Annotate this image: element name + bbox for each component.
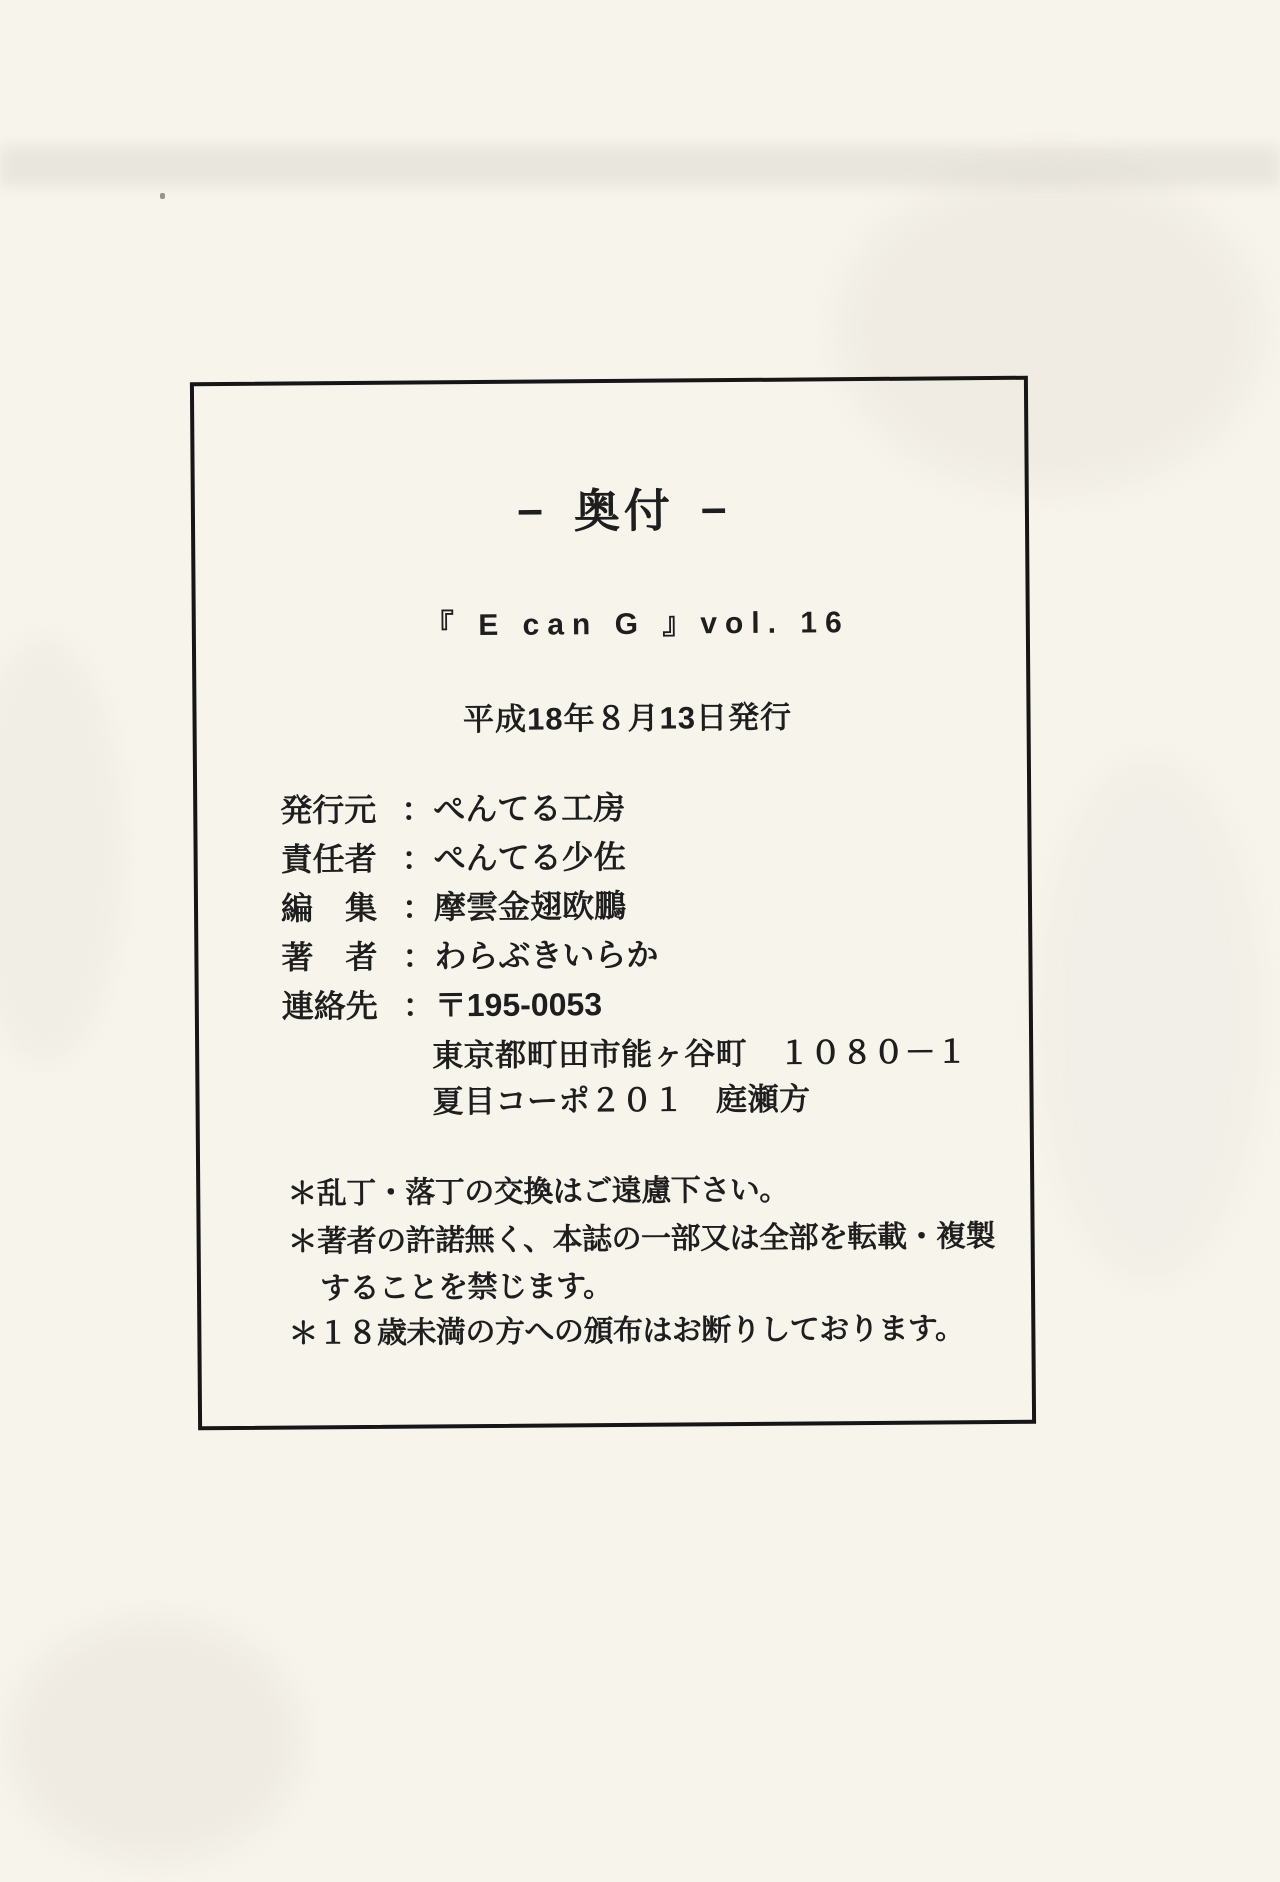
- info-row-editor: 編 集 ： 摩雲金翅欧鵬: [198, 878, 1028, 927]
- info-row-responsible: 責任者 ： ぺんてる少佐: [197, 829, 1027, 878]
- note-copyright: ＊著者の許諾無く、本誌の一部又は全部を転載・複製: [287, 1211, 995, 1261]
- scan-artifact-smudge: [1040, 760, 1260, 1280]
- page-title: 奥付: [574, 475, 675, 542]
- note-misprint: ＊乱丁・落丁の交換はご遠慮下さい。: [287, 1165, 789, 1213]
- info-colon: ：: [401, 833, 433, 879]
- colophon-box: – 奥付 – 『 E can G 』vol. 16 平成18年８月13日発行 発…: [190, 376, 1036, 1431]
- scanned-page: – 奥付 – 『 E can G 』vol. 16 平成18年８月13日発行 発…: [0, 0, 1280, 1882]
- info-colon: ：: [401, 784, 433, 830]
- info-colon: ：: [403, 980, 435, 1026]
- note-age-restriction: ＊１８歳未満の方への頒布はお断りしております。: [288, 1303, 964, 1352]
- address-line-1: 東京都町田市能ヶ谷町 １０８０－１: [432, 1026, 968, 1075]
- info-label: 責任者: [280, 834, 376, 881]
- info-label: 連絡先: [282, 981, 378, 1028]
- scan-artifact-smudge: [10, 1620, 300, 1860]
- scan-artifact-band: [0, 146, 1280, 186]
- info-label: 著 者: [281, 932, 377, 979]
- scan-artifact-smudge: [0, 640, 120, 1060]
- info-value: ぺんてる工房: [433, 783, 625, 831]
- volume-title: 『 E can G 』vol. 16: [222, 596, 1052, 647]
- info-value: わらぶきいらか: [434, 930, 658, 978]
- info-label: 編 集: [281, 883, 377, 930]
- colophon-title: – 奥付 –: [209, 472, 1039, 545]
- scan-artifact-speck: [160, 193, 165, 199]
- address-line-2: 夏目コーポ２０１ 庭瀬方: [432, 1073, 810, 1121]
- info-value: ぺんてる少佐: [433, 832, 625, 880]
- info-row-contact: 連絡先 ： 〒195-0053: [199, 976, 1029, 1025]
- info-label: 発行元: [280, 785, 376, 832]
- info-value: 摩雲金翅欧鵬: [434, 881, 626, 929]
- title-dash-right: –: [701, 480, 731, 534]
- note-copyright-continued: することを禁じます。: [320, 1261, 613, 1307]
- info-row-author: 著 者 ： わらぶきいらか: [198, 927, 1028, 976]
- publication-date: 平成18年８月13日発行: [212, 690, 1042, 742]
- info-colon: ：: [402, 931, 434, 977]
- info-value: 〒195-0053: [435, 979, 603, 1026]
- title-dash-left: –: [517, 482, 547, 536]
- info-colon: ：: [402, 882, 434, 928]
- info-row-publisher: 発行元 ： ぺんてる工房: [197, 780, 1027, 829]
